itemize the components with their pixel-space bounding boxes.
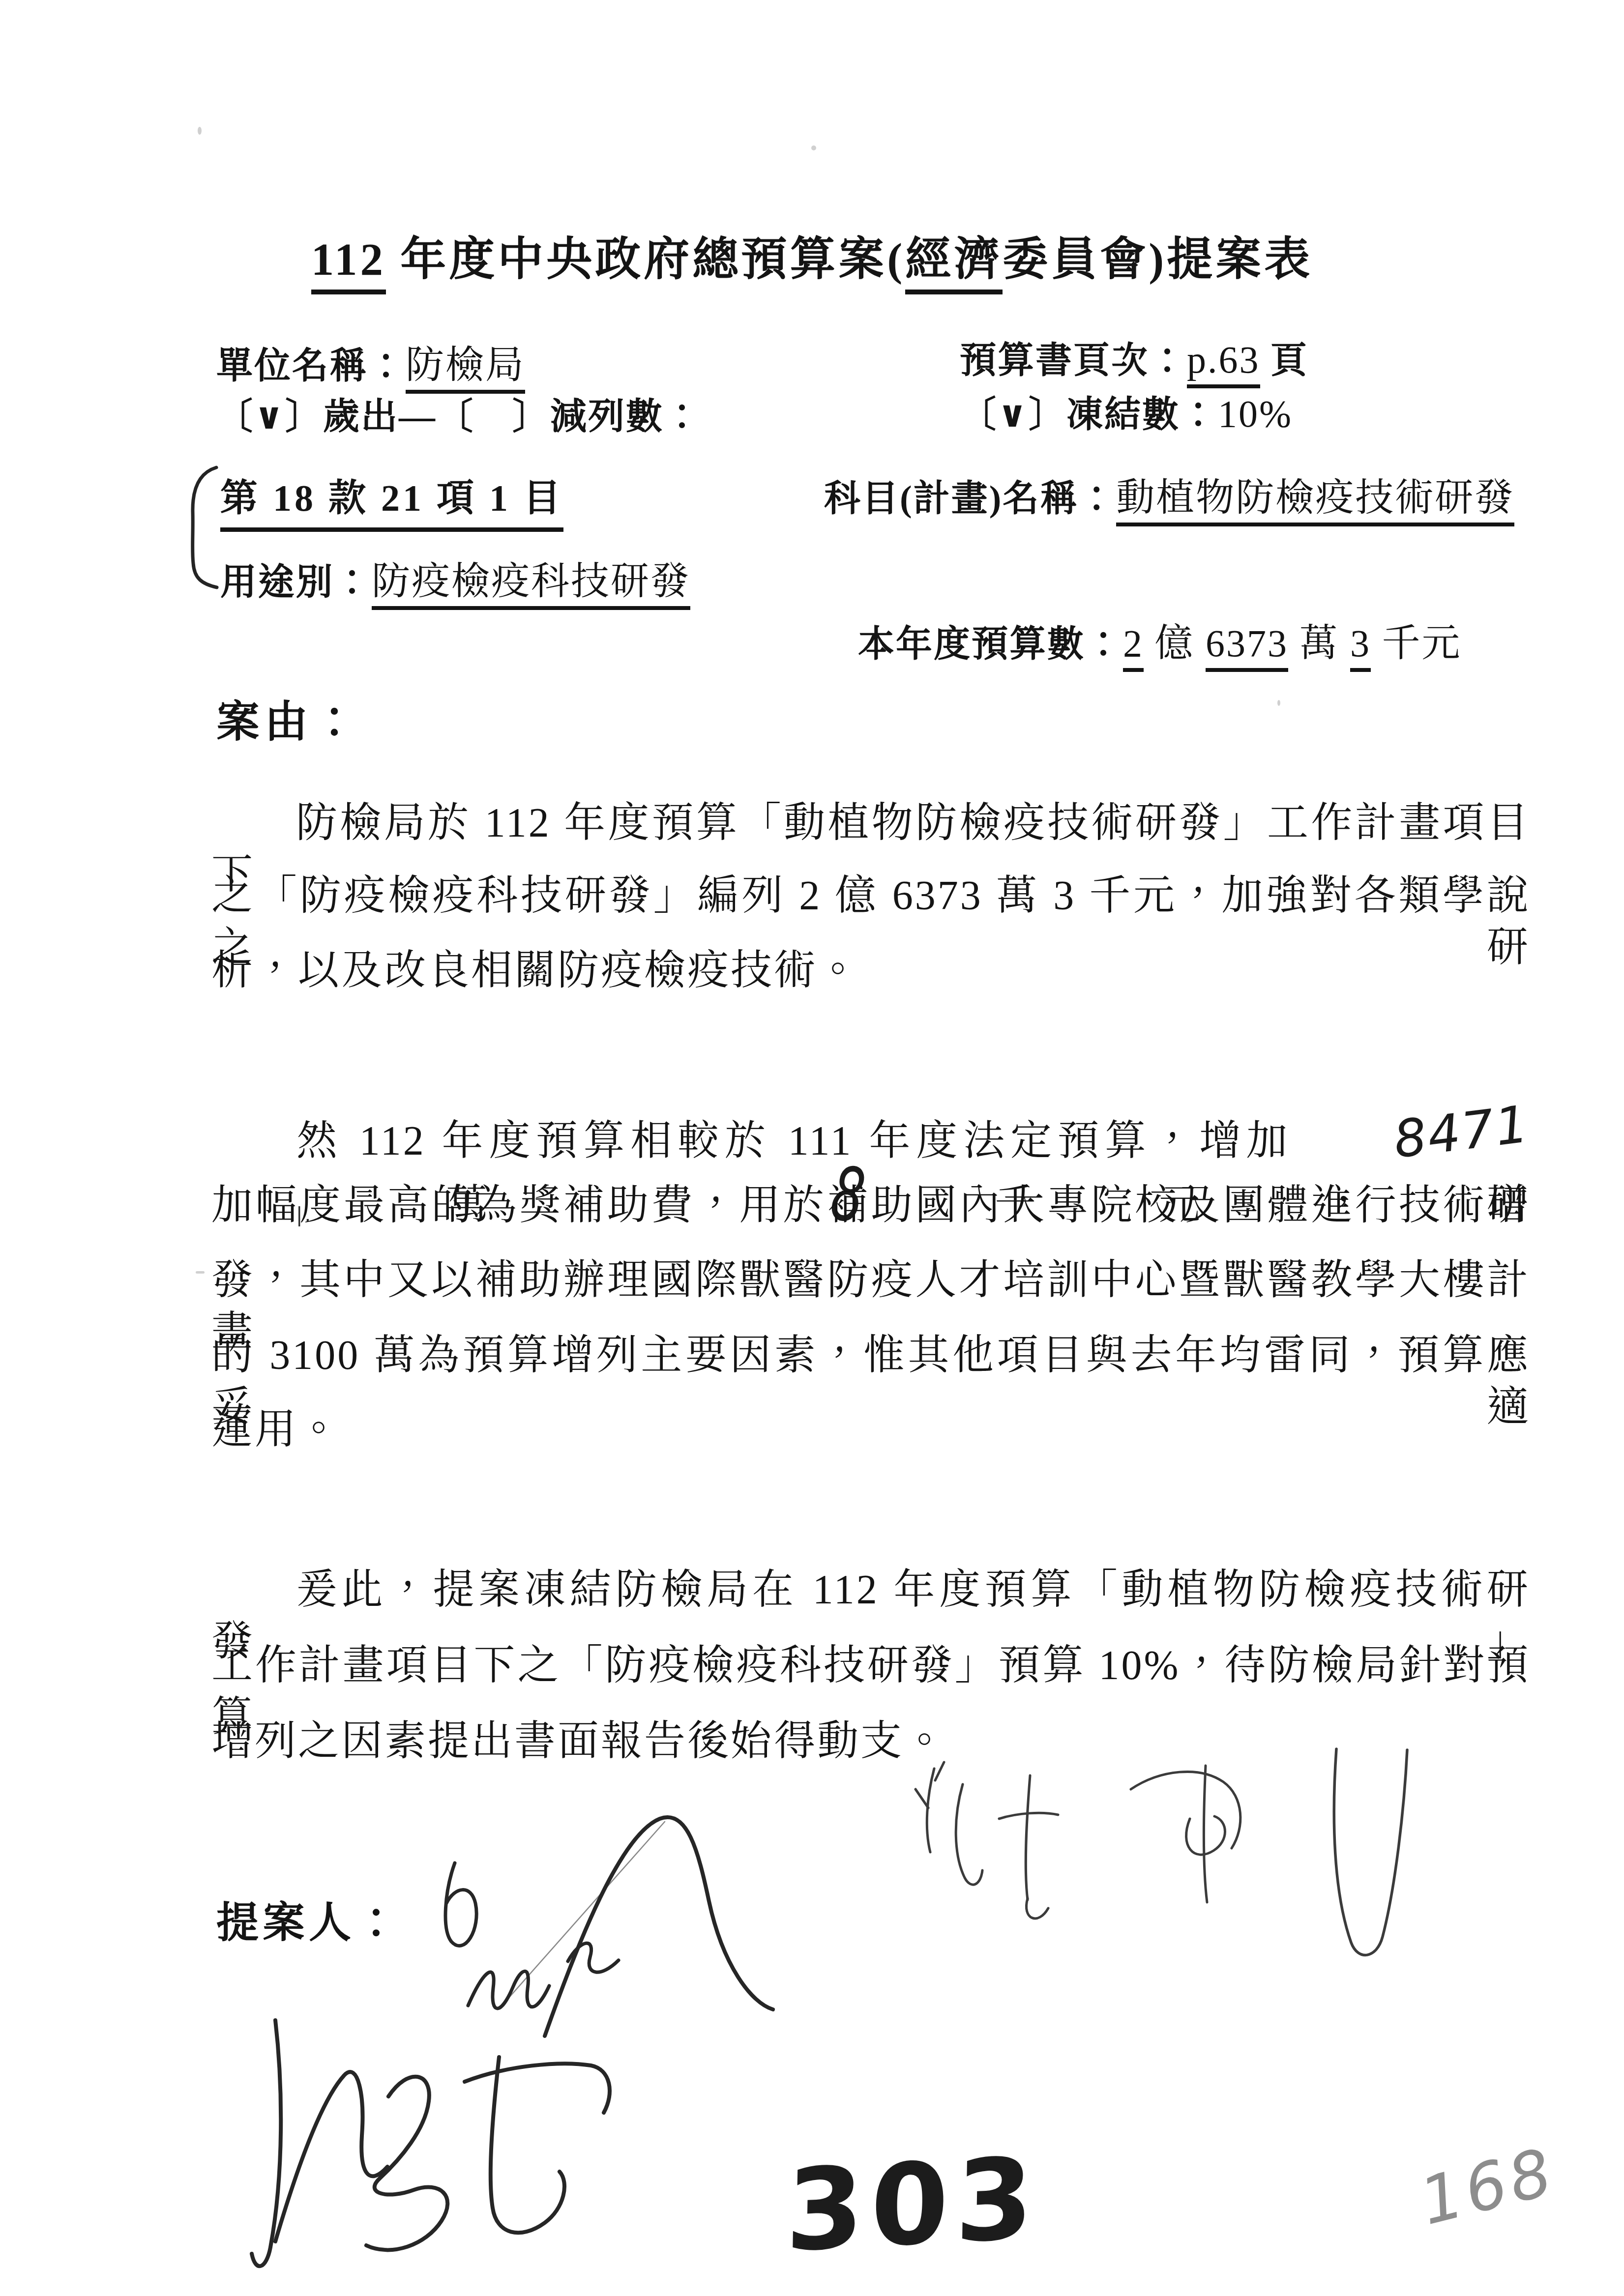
scan-speck [1277, 700, 1280, 706]
budget-amount-wan-digits: 6373 [1206, 622, 1288, 672]
subject-plan-name-label: 科目(計畫)名稱： [824, 479, 1116, 519]
unit-name-field: 單位名稱：防檢局 [216, 334, 525, 389]
budget-book-page-label: 預算書頁次： [960, 341, 1187, 381]
usage-category-field: 用途別：防疫檢疫科技研發 [220, 551, 690, 606]
current-year-budget-label: 本年度預算數： [858, 624, 1123, 665]
budget-amount-qian-digit: 3 [1350, 622, 1371, 672]
expenditure-reduction-checkbox-row: 〔∨〕歲出—〔 〕減列數： [216, 387, 702, 439]
budget-book-page-value: p.63 [1187, 338, 1260, 388]
subject-plan-name-field: 科目(計畫)名稱：動植物防檢疫技術研發 [824, 467, 1514, 522]
left-brace-bracket [181, 460, 222, 595]
case-reason-heading: 案由： [216, 687, 361, 749]
budget-book-page-suffix: 頁 [1260, 341, 1309, 381]
freeze-checkbox-row: 〔∨〕凍結數：10% [960, 385, 1293, 437]
freeze-checkbox-checked: 〔∨〕凍結數： [960, 395, 1218, 435]
title-committee: 經濟 [905, 234, 1003, 294]
paragraph2-line2: 加幅度最高的為獎補助費，用於補助國內大專院校及團體進行技術研 [211, 1180, 1530, 1231]
budget-unit-yi: 億 [1144, 622, 1206, 665]
page-title: 112 年度中央政府總預算案(經濟委員會)提案表 [0, 222, 1624, 288]
unit-name-label: 單位名稱： [216, 346, 406, 386]
signature-1 [445, 1817, 773, 2036]
scanned-budget-proposal-form: 112 年度中央政府總預算案(經濟委員會)提案表 單位名稱：防檢局 預算書頁次：… [0, 0, 1624, 2296]
budget-unit-wan: 萬 [1288, 622, 1350, 665]
signature-3 [252, 2020, 610, 2266]
title-year: 112 [311, 234, 386, 294]
paragraph1-line3: 析，以及改良相關防疫檢疫技術。 [211, 945, 1530, 996]
signature-2 [915, 1749, 1407, 1955]
scan-speck [811, 145, 816, 150]
unit-name-value: 防檢局 [406, 344, 525, 394]
usage-category-value: 防疫檢疫科技研發 [372, 560, 690, 610]
freeze-percentage-value: 10% [1218, 392, 1293, 435]
current-year-budget-field: 本年度預算數：2 億 6373 萬 3 千元 [858, 612, 1462, 668]
expenditure-checkbox-checked: 〔∨〕歲出—〔 〕減列數： [216, 397, 702, 437]
scan-speck [198, 127, 202, 135]
budget-book-page-field: 預算書頁次：p.63 頁 [960, 331, 1308, 383]
handwritten-increase-wan-amount: 8471 [1306, 1092, 1533, 1182]
budget-item-number: 第 18 款 21 項 1 目 [220, 468, 563, 532]
scan-speck [196, 1271, 205, 1274]
title-tail: 委員會)提案表 [1003, 234, 1313, 285]
budget-amount-yi-digit: 2 [1123, 622, 1144, 672]
subject-plan-name-value: 動植物防檢疫技術研發 [1116, 476, 1514, 526]
handwritten-page-number: 303 [785, 2132, 1041, 2277]
paragraph2-line5: 運用。 [211, 1404, 1530, 1455]
budget-unit-qian-yuan: 千元 [1371, 622, 1462, 665]
title-mid: 年度中央政府總預算案( [386, 234, 905, 285]
usage-category-label: 用途別： [220, 562, 372, 603]
